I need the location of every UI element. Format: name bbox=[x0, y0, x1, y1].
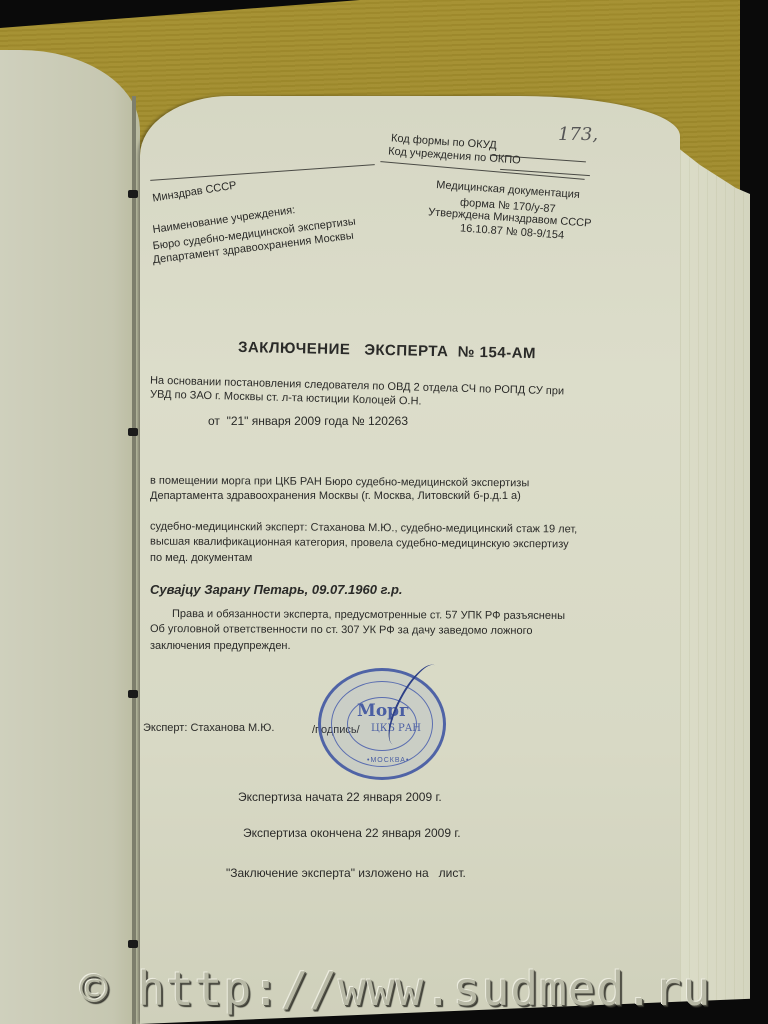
expert-signature-label: Эксперт: Стаханова М.Ю. bbox=[143, 722, 274, 734]
binding-stitch bbox=[128, 190, 138, 198]
rights-line1: Права и обязанности эксперта, предусмотр… bbox=[172, 608, 565, 622]
basis-date: от "21" января 2009 года № 120263 bbox=[208, 414, 408, 428]
book-spine bbox=[132, 96, 136, 1024]
handwritten-page-number: 173, bbox=[558, 124, 598, 145]
binding-stitch bbox=[128, 690, 138, 698]
sheet-count: "Заключение эксперта" изложено на лист. bbox=[226, 866, 466, 880]
subject-name: Сувајцу Зарану Петарь, 09.07.1960 г.р. bbox=[150, 582, 403, 597]
rights-line3: заключения предупрежден. bbox=[150, 640, 291, 652]
binding-stitch bbox=[128, 428, 138, 436]
stamp-city-text: •МОСКВА• bbox=[367, 757, 409, 764]
expertise-finished: Экспертиза окончена 22 января 2009 г. bbox=[243, 826, 461, 840]
expert-info-line3: по мед. документам bbox=[150, 552, 252, 564]
copyright-watermark: © http://www.sudmed.ru bbox=[80, 962, 711, 1016]
rights-line2: Об уголовной ответственности по ст. 307 … bbox=[150, 623, 533, 637]
left-page bbox=[0, 50, 140, 1024]
binding-stitch bbox=[128, 940, 138, 948]
location-line2: Департамента здравоохранения Москвы (г. … bbox=[150, 490, 521, 502]
expertise-started: Экспертиза начата 22 января 2009 г. bbox=[238, 790, 442, 804]
